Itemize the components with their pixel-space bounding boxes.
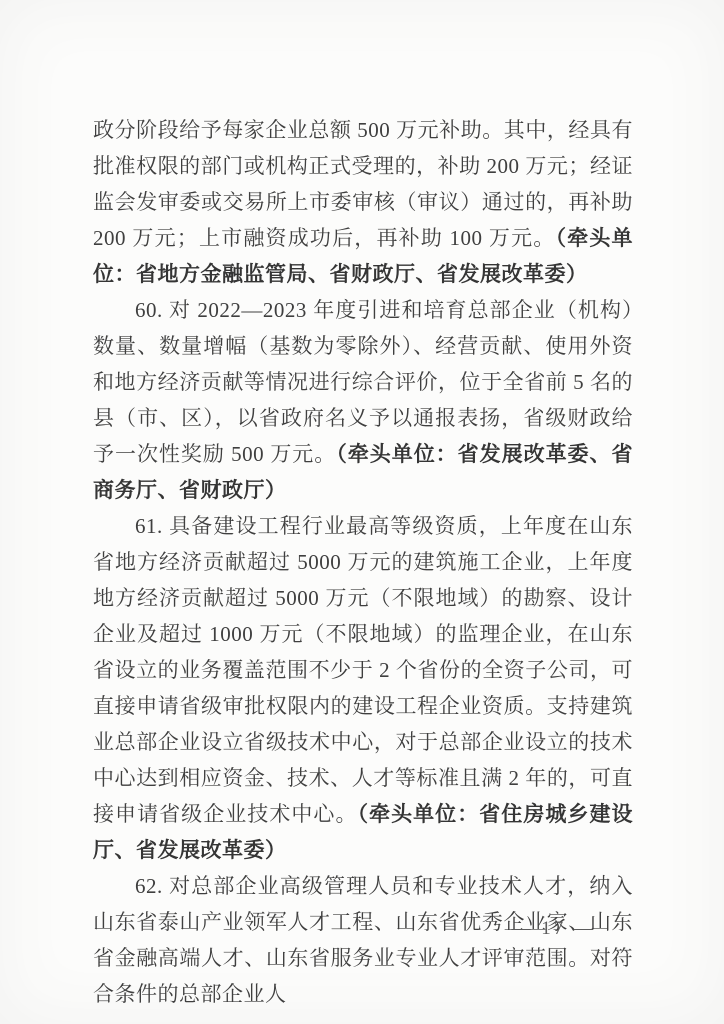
paragraph-60-body: 60. 对 2022—2023 年度引进和培育总部企业（机构）数量、数量增幅（基… [93,298,633,466]
document-page: 政分阶段给予每家企业总额 500 万元补助。其中，经具有批准权限的部门或机构正式… [0,0,724,1024]
paragraph-61-body: 61. 具备建设工程行业最高等级资质，上年度在山东省地方经济贡献超过 5000 … [93,514,633,826]
paragraph-60: 60. 对 2022—2023 年度引进和培育总部企业（机构）数量、数量增幅（基… [93,292,633,508]
paragraph-61: 61. 具备建设工程行业最高等级资质，上年度在山东省地方经济贡献超过 5000 … [93,508,633,868]
page-number: — 17 — [512,916,597,942]
document-text-block: 政分阶段给予每家企业总额 500 万元补助。其中，经具有批准权限的部门或机构正式… [93,112,633,1012]
paragraph-59-continuation: 政分阶段给予每家企业总额 500 万元补助。其中，经具有批准权限的部门或机构正式… [93,112,633,292]
paragraph-59-body: 政分阶段给予每家企业总额 500 万元补助。其中，经具有批准权限的部门或机构正式… [93,118,633,250]
